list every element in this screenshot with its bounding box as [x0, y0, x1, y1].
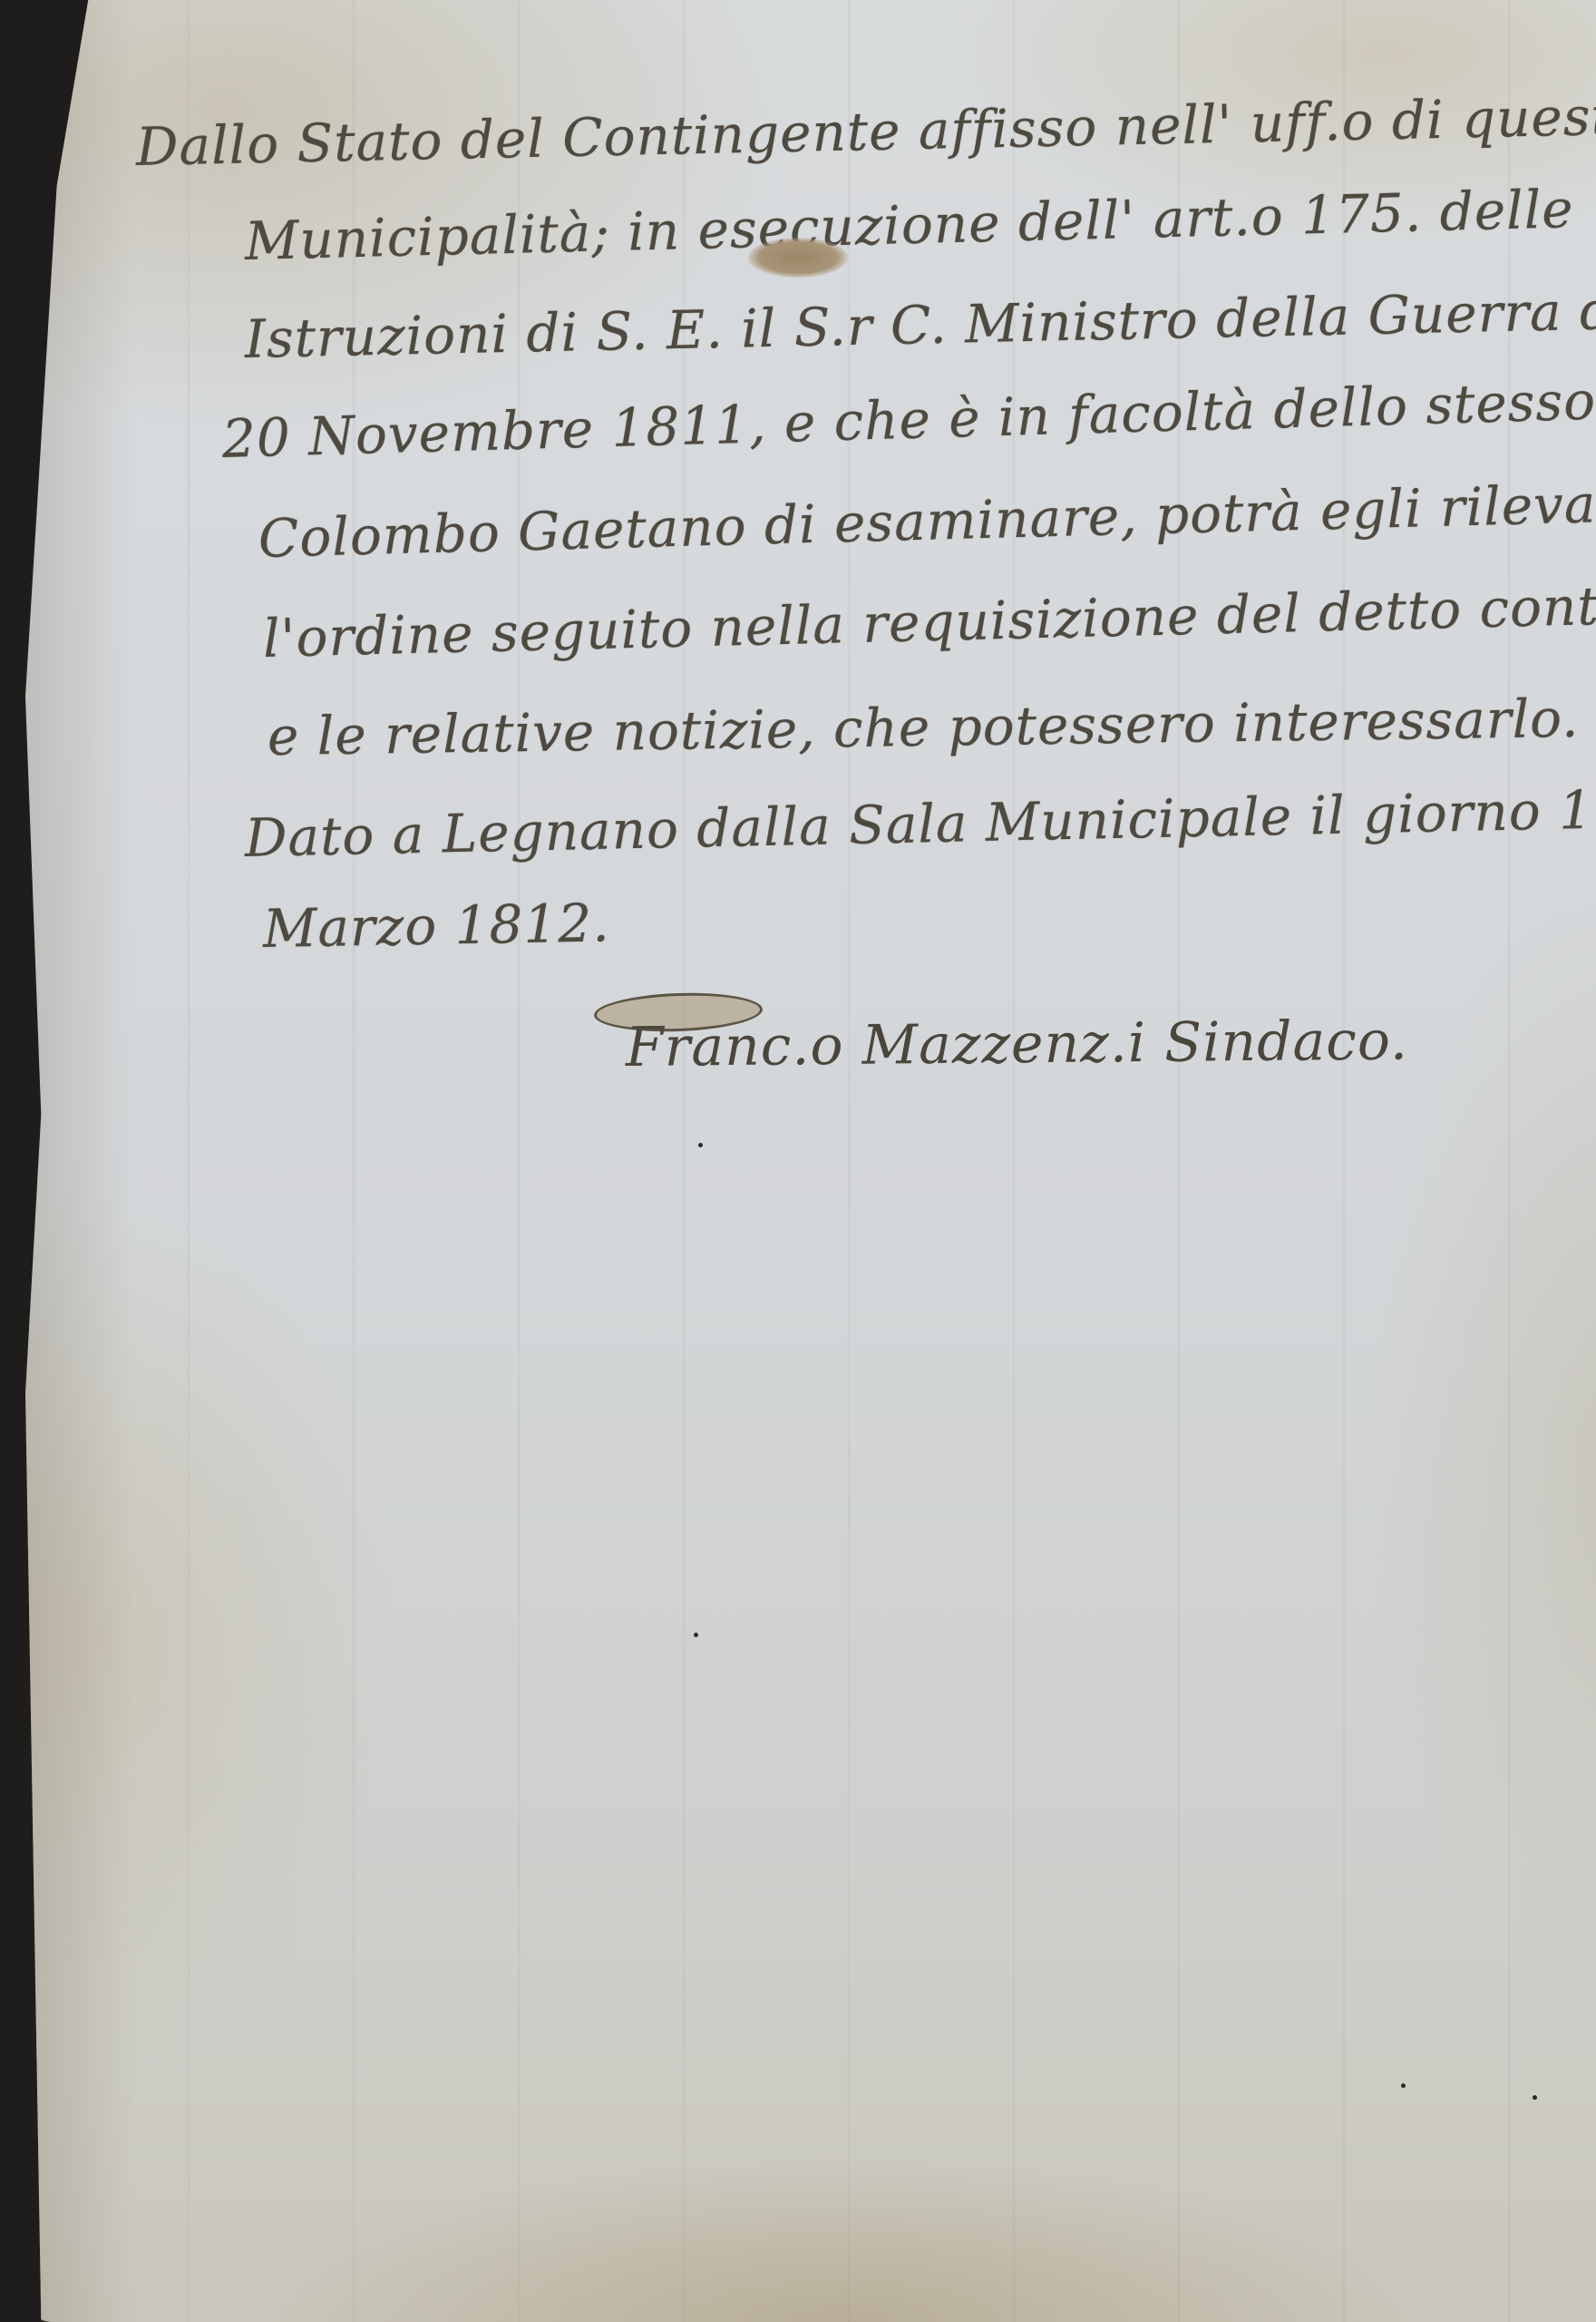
- ink-blot-stain: [748, 238, 848, 278]
- paper-speck: [1401, 2083, 1406, 2088]
- text-line-6: l'ordine seguito nella requisizione del …: [262, 570, 1596, 669]
- paper-speck: [1533, 2095, 1537, 2100]
- manuscript-text: Dallo Stato del Contingente affisso nell…: [0, 0, 1596, 1179]
- signature: Franc.o Mazzenz.i Sindaco.: [626, 1009, 1409, 1079]
- paper-speck: [694, 1633, 698, 1637]
- text-line-5: Colombo Gaetano di esaminare, potrà egli…: [258, 472, 1596, 570]
- text-line-1: Dallo Stato del Contingente affisso nell…: [135, 84, 1596, 178]
- text-line-4: 20 Novembre 1811, e che è in facoltà del…: [221, 370, 1596, 470]
- text-line-9: Marzo 1812.: [262, 892, 610, 960]
- text-line-3: Istruzioni di S. E. il S.r C. Ministro d…: [244, 278, 1596, 370]
- paper-speck: [698, 1143, 703, 1147]
- text-line-8: Dato a Legnano dalla Sala Municipale il …: [244, 778, 1596, 869]
- text-line-7: e le relative notizie, che potessero int…: [268, 688, 1580, 767]
- text-line-2: Municipalità; in esecuzione dell' art.o …: [244, 178, 1574, 272]
- document-photo: Dallo Stato del Contingente affisso nell…: [0, 0, 1596, 2322]
